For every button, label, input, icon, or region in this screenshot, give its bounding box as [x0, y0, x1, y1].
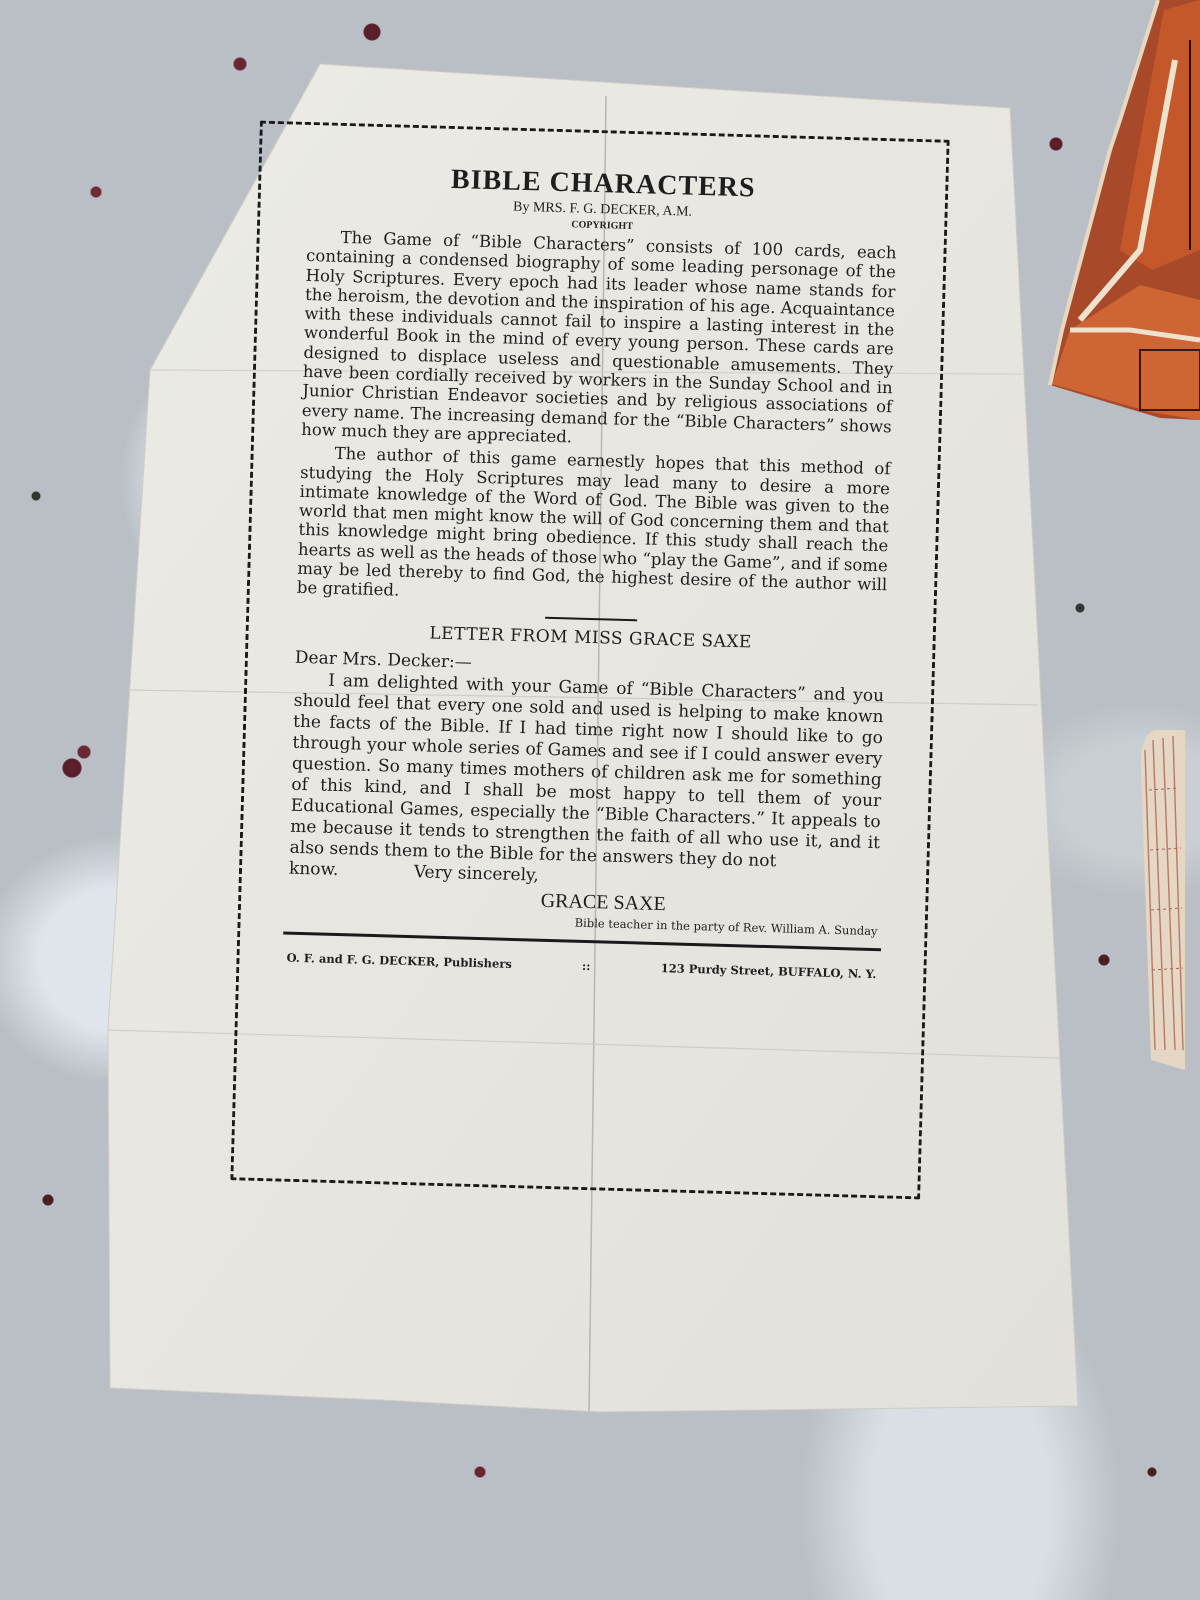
- letter-closing: Very sincerely,: [414, 862, 539, 885]
- letter-last-word: know.: [289, 858, 339, 879]
- section-divider: [545, 616, 637, 621]
- footer-separator: ::: [582, 959, 591, 973]
- letter-body: I am delighted with your Game of “Bible …: [289, 669, 884, 874]
- page-content: BIBLE CHARACTERS By MRS. F. G. DECKER, A…: [286, 160, 898, 981]
- printed-page: BIBLE CHARACTERS By MRS. F. G. DECKER, A…: [230, 121, 949, 1200]
- intro-paragraph: The Game of “Bible Characters” consists …: [301, 227, 897, 456]
- author-hope-paragraph: The author of this game earnestly hopes …: [297, 443, 891, 614]
- leaflet: BIBLE CHARACTERS By MRS. F. G. DECKER, A…: [0, 0, 1200, 1600]
